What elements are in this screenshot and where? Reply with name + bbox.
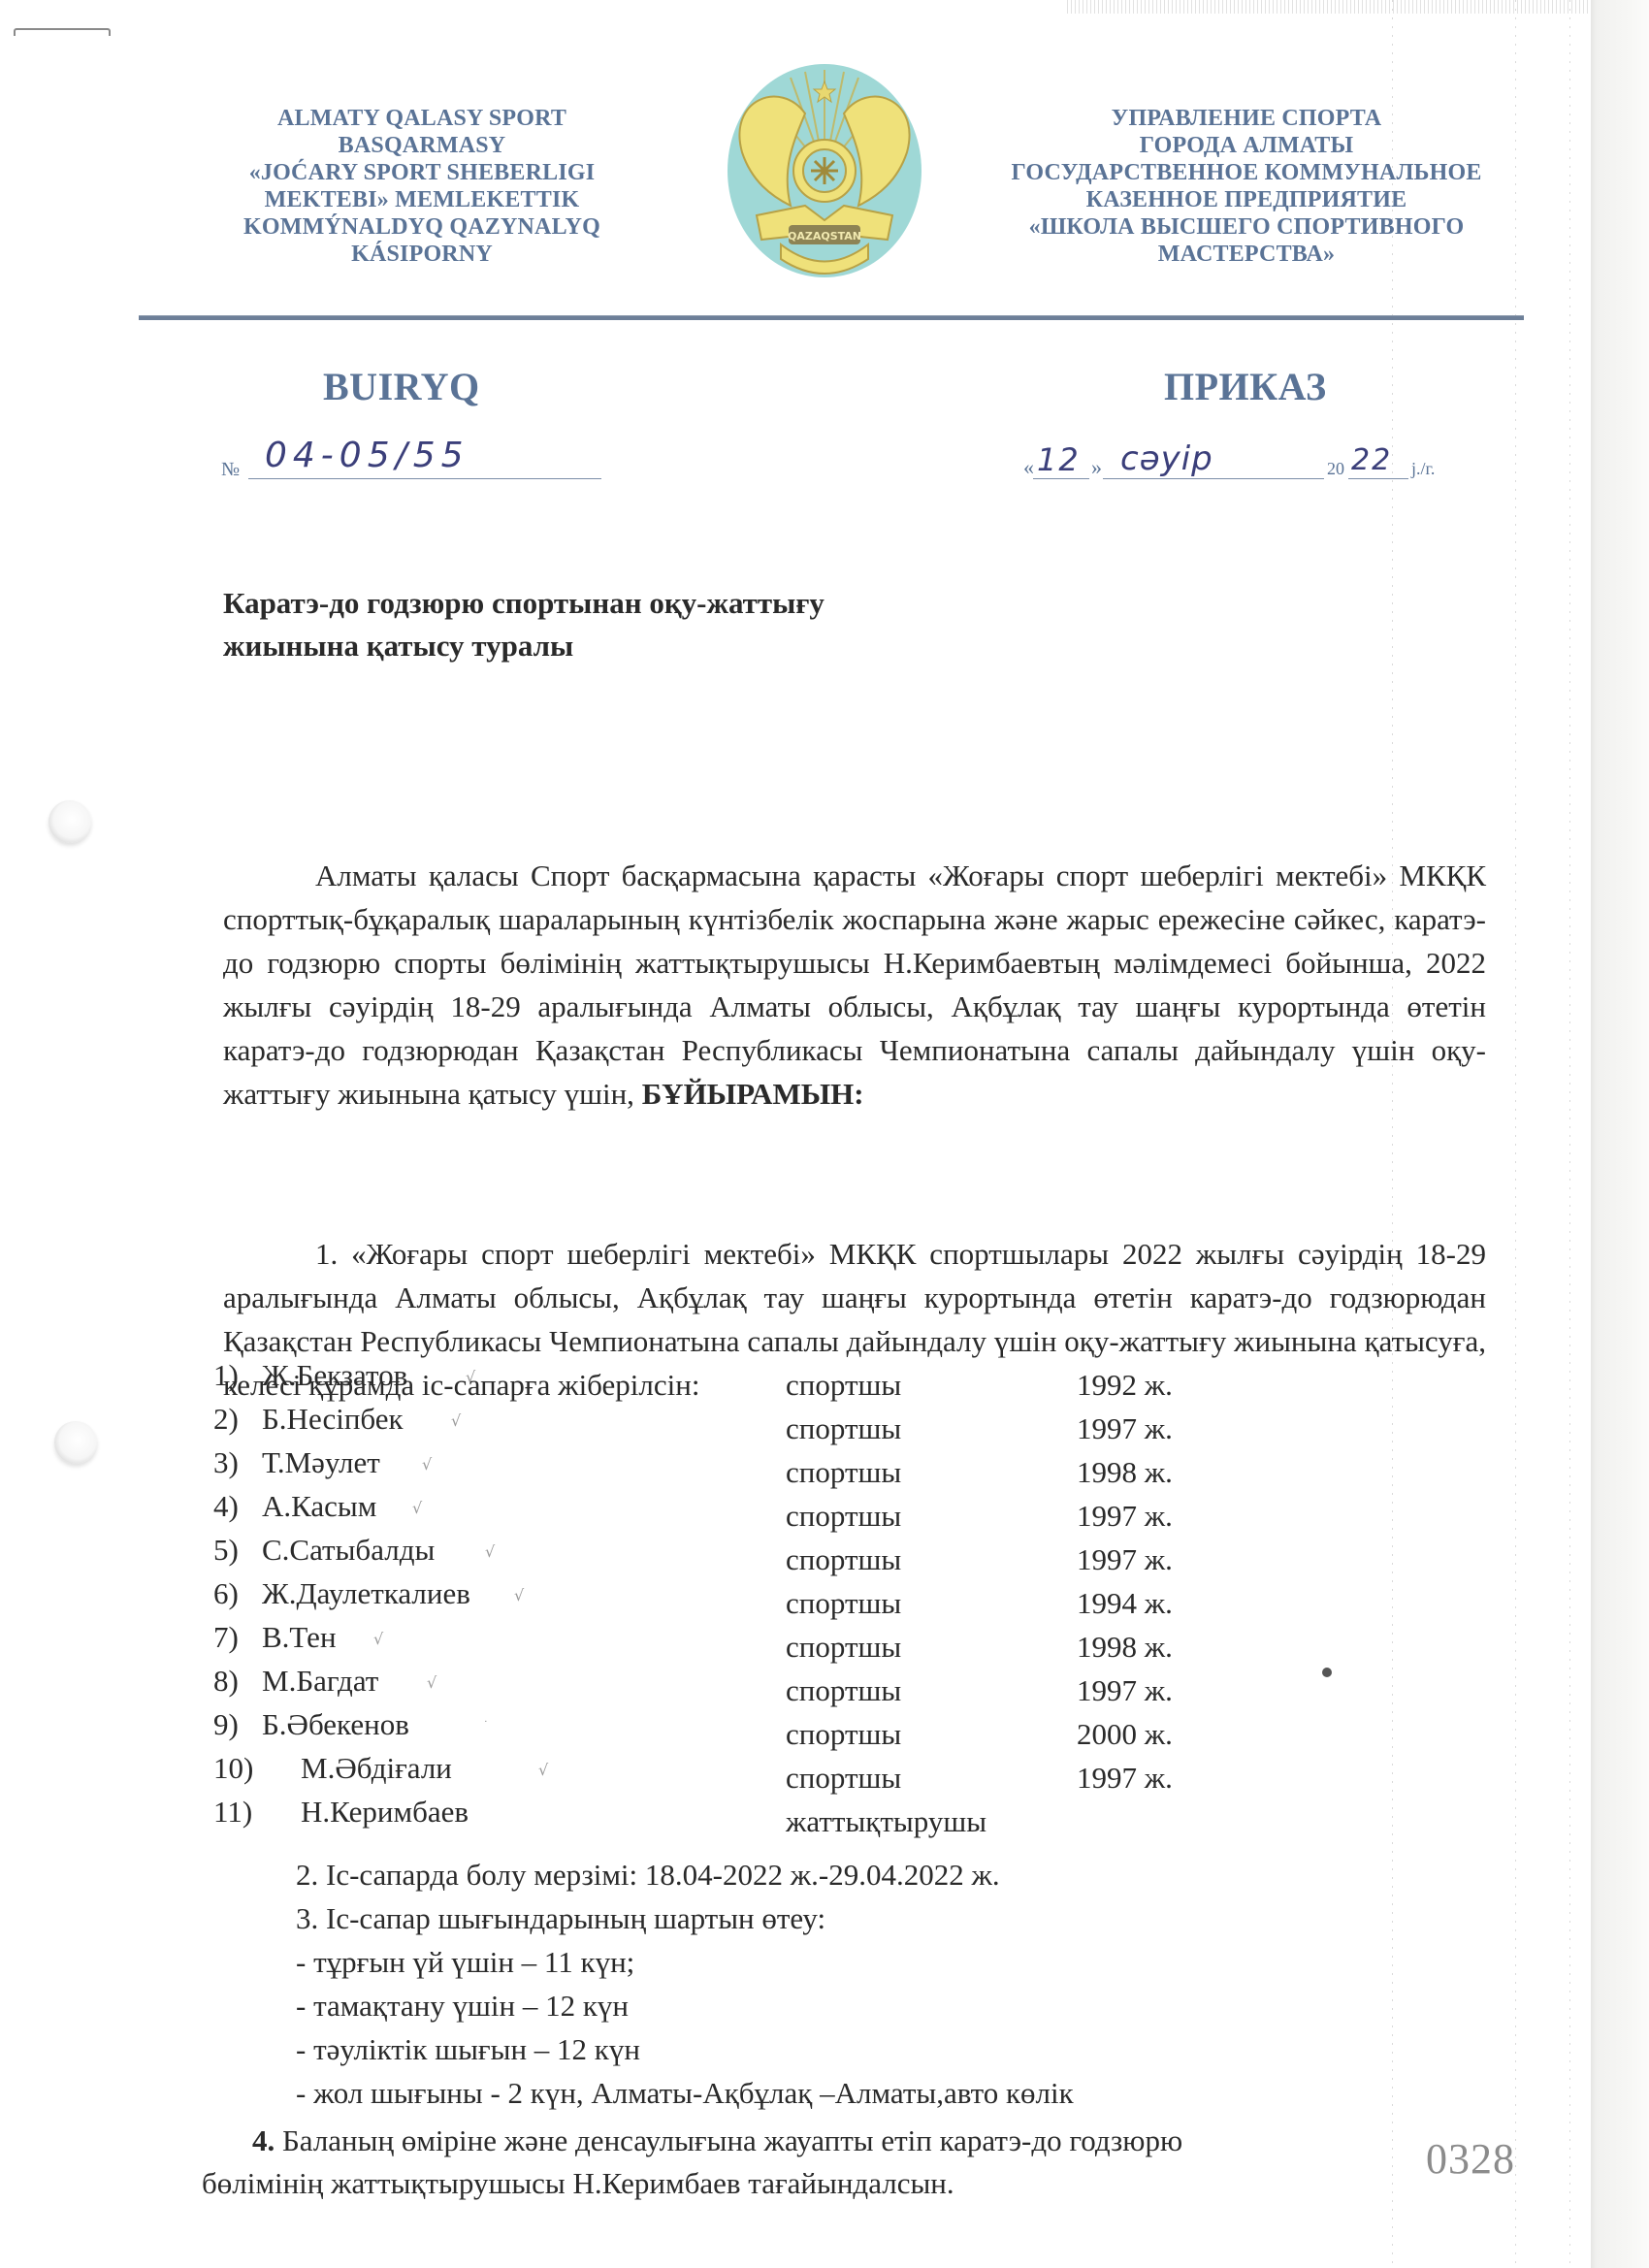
participant-name: М.Багдат <box>262 1664 378 1699</box>
letterhead-line: KÁSIPORNY <box>218 241 626 268</box>
letterhead-line: КАЗЕННОЕ ПРЕДПРИЯТИЕ <box>970 186 1523 213</box>
participant-number: 9) <box>213 1707 239 1742</box>
punch-hole <box>54 1421 97 1464</box>
date-day-handwritten: 12 <box>1037 441 1081 478</box>
preamble-text: Алматы қаласы Спорт басқармасына қарасты… <box>223 859 1486 1111</box>
participant-name: А.Касым <box>262 1489 376 1524</box>
checkmark-icon: √ <box>485 1542 495 1561</box>
participant-row: 7)В.Тен√спортшы1998 ж. <box>213 1620 1280 1664</box>
letterhead-line: ГОРОДА АЛМАТЫ <box>970 132 1523 159</box>
order-title-ru: ПРИКАЗ <box>1164 364 1327 409</box>
scan-streak <box>1515 0 1516 2268</box>
participant-birth-year: 1998 ж. <box>1077 1630 1173 1665</box>
checkmark-icon: √ <box>373 1630 383 1648</box>
checkmark-icon: √ <box>412 1499 422 1517</box>
paper-edge <box>1591 0 1649 2268</box>
checkmark-icon: √ <box>466 1368 475 1386</box>
participant-row: 10)М.Әбдіғали√спортшы1997 ж. <box>213 1751 1280 1795</box>
item-3-expenses-heading: 3. Іс-сапар шығындарының шартын өтеу: <box>296 1896 1074 1940</box>
scan-streak <box>1569 0 1570 2268</box>
letterhead-line: «ШКОЛА ВЫСШЕГО СПОРТИВНОГО <box>970 213 1523 241</box>
letterhead-ru: УПРАВЛЕНИЕ СПОРТА ГОРОДА АЛМАТЫ ГОСУДАРС… <box>970 105 1523 268</box>
participant-role: спортшы <box>786 1630 901 1665</box>
page-stamp-number: 0328 <box>1426 2134 1515 2184</box>
participant-row: 1)Ж.Бекзатов√спортшы1992 ж. <box>213 1358 1280 1402</box>
subject-line: жиынына қатысу туралы <box>223 625 1096 667</box>
participant-name: Б.Несіпбек <box>262 1402 404 1437</box>
expense-line: - жол шығыны - 2 күн, Алматы-Ақбұлақ –Ал… <box>296 2071 1074 2115</box>
order-date-field: « 12 » сәуір 20 22 j./г. <box>1014 441 1479 480</box>
decree-word: БҰЙЫРАМЫН: <box>642 1077 864 1111</box>
participant-number: 3) <box>213 1445 239 1480</box>
scan-streak <box>1392 0 1393 2268</box>
preamble: Алматы қаласы Спорт басқармасына қарасты… <box>223 854 1486 1116</box>
participant-role: спортшы <box>786 1455 901 1490</box>
letterhead-line: KOMMÝNALDYQ QAZYNALYQ <box>218 213 626 241</box>
participant-birth-year: 1997 ж. <box>1077 1542 1173 1577</box>
order-number-field: № 04-05/55 <box>221 441 601 480</box>
expense-line: - тамақтану үшін – 12 күн <box>296 1984 1074 2027</box>
svg-text:QAZAQSTAN: QAZAQSTAN <box>788 230 861 243</box>
participant-role: спортшы <box>786 1761 901 1796</box>
participant-name: В.Тен <box>262 1620 337 1655</box>
month-underline <box>1103 478 1324 479</box>
participant-name: Т.Мәулет <box>262 1445 380 1480</box>
participant-number: 5) <box>213 1533 239 1568</box>
participant-row: 9)Б.Әбекеновׁспортшы2000 ж. <box>213 1707 1280 1751</box>
participant-number: 4) <box>213 1489 239 1524</box>
letterhead-divider <box>139 315 1524 320</box>
letterhead-line: ALMATY QALASY SPORT <box>218 105 626 132</box>
letterhead-line: УПРАВЛЕНИЕ СПОРТА <box>970 105 1523 132</box>
participant-number: 10) <box>213 1751 253 1786</box>
item-4-text: бөлімінің жаттықтырушысы Н.Керимбаев тағ… <box>202 2162 1492 2205</box>
date-quote-open: « <box>1023 455 1034 480</box>
participant-role: спортшы <box>786 1673 901 1708</box>
participant-number: 8) <box>213 1664 239 1699</box>
date-suffix: j./г. <box>1411 459 1435 479</box>
participant-row: 2)Б.Несіпбек√спортшы1997 ж. <box>213 1402 1280 1445</box>
participant-name: М.Әбдіғали <box>301 1751 452 1786</box>
day-underline <box>1033 478 1089 479</box>
order-subject: Каратэ-до годзюрю спортынан оқу-жаттығу … <box>223 582 1096 667</box>
participant-row: 4)А.Касым√спортшы1997 ж. <box>213 1489 1280 1533</box>
participant-number: 1) <box>213 1358 239 1393</box>
scan-noise <box>1067 0 1591 14</box>
participant-row: 11)Н.Керимбаевжаттықтырушы <box>213 1795 1280 1838</box>
kazakhstan-emblem-icon: QAZAQSTAN <box>723 60 926 281</box>
order-terms: 2. Іс-сапарда болу мерзімі: 18.04-2022 ж… <box>296 1853 1074 2115</box>
participant-role: спортшы <box>786 1411 901 1446</box>
ink-dot <box>1322 1668 1332 1677</box>
letterhead-line: ГОСУДАРСТВЕННОЕ КОММУНАЛЬНОЕ <box>970 159 1523 186</box>
checkmark-icon: √ <box>451 1411 461 1430</box>
participant-role: спортшы <box>786 1499 901 1534</box>
letterhead-line: BASQARMASY <box>218 132 626 159</box>
item-2-duration: 2. Іс-сапарда болу мерзімі: 18.04-2022 ж… <box>296 1853 1074 1896</box>
date-month-handwritten: сәуір <box>1120 439 1213 478</box>
participant-row: 8)М.Багдат√спортшы1997 ж. <box>213 1664 1280 1707</box>
participant-row: 5)С.Сатыбалды√спортшы1997 ж. <box>213 1533 1280 1576</box>
participant-name: С.Сатыбалды <box>262 1533 435 1568</box>
date-year-prefix: 20 <box>1327 459 1344 479</box>
participant-birth-year: 1997 ж. <box>1077 1499 1173 1534</box>
participant-birth-year: 1992 ж. <box>1077 1368 1173 1403</box>
checkmark-icon: √ <box>422 1455 432 1474</box>
participant-row: 6)Ж.Даулеткалиев√спортшы1994 ж. <box>213 1576 1280 1620</box>
participant-name: Б.Әбекенов <box>262 1707 409 1742</box>
participant-role: спортшы <box>786 1586 901 1621</box>
participant-name: Н.Керимбаев <box>301 1795 469 1830</box>
participant-birth-year: 1994 ж. <box>1077 1586 1173 1621</box>
participant-role: спортшы <box>786 1368 901 1403</box>
participant-birth-year: 1997 ж. <box>1077 1411 1173 1446</box>
participants-list: 1)Ж.Бекзатов√спортшы1992 ж.2)Б.Несіпбек√… <box>213 1358 1280 1838</box>
participant-number: 6) <box>213 1576 239 1611</box>
item-4-text: Баланың өміріне және денсаулығына жауапт… <box>282 2123 1182 2157</box>
order-title-kz: BUIRYQ <box>323 364 480 409</box>
checkmark-icon: √ <box>538 1761 548 1779</box>
participant-role: жаттықтырушы <box>786 1804 986 1839</box>
participant-name: Ж.Даулеткалиев <box>262 1576 470 1611</box>
date-year-handwritten: 22 <box>1351 443 1392 477</box>
letterhead-line: MEKTEBI» MEMLEKETTIK <box>218 186 626 213</box>
participant-row: 3)Т.Мәулет√спортшы1998 ж. <box>213 1445 1280 1489</box>
letterhead-line: МАСТЕРСТВА» <box>970 241 1523 268</box>
date-quote-close: » <box>1091 455 1102 480</box>
number-underline <box>248 478 601 479</box>
order-item-4: 4. Баланың өміріне және денсаулығына жау… <box>202 2120 1492 2205</box>
participant-birth-year: 1997 ж. <box>1077 1673 1173 1708</box>
punch-hole <box>48 800 91 843</box>
participant-role: спортшы <box>786 1717 901 1752</box>
checkmark-icon: √ <box>427 1673 436 1692</box>
participant-number: 2) <box>213 1402 239 1437</box>
number-sign: № <box>221 459 240 481</box>
item-4-number: 4. <box>252 2123 275 2157</box>
checkmark-icon: √ <box>514 1586 524 1604</box>
participant-birth-year: 2000 ж. <box>1077 1717 1173 1752</box>
participant-role: спортшы <box>786 1542 901 1577</box>
staple-mark <box>14 28 111 36</box>
subject-line: Каратэ-до годзюрю спортынан оқу-жаттығу <box>223 582 1096 625</box>
letterhead-kz: ALMATY QALASY SPORT BASQARMASY «JOĆARY S… <box>218 105 626 268</box>
year-underline <box>1348 478 1408 479</box>
participant-birth-year: 1997 ж. <box>1077 1761 1173 1796</box>
expense-line: - тұрғын үй үшін – 11 күн; <box>296 1940 1074 1984</box>
expense-line: - тәуліктік шығын – 12 күн <box>296 2027 1074 2071</box>
letterhead-line: «JOĆARY SPORT SHEBERLIGI <box>218 159 626 186</box>
participant-number: 11) <box>213 1795 252 1830</box>
participant-number: 7) <box>213 1620 239 1655</box>
order-number-handwritten: 04-05/55 <box>265 436 469 475</box>
participant-birth-year: 1998 ж. <box>1077 1455 1173 1490</box>
participant-name: Ж.Бекзатов <box>262 1358 407 1393</box>
